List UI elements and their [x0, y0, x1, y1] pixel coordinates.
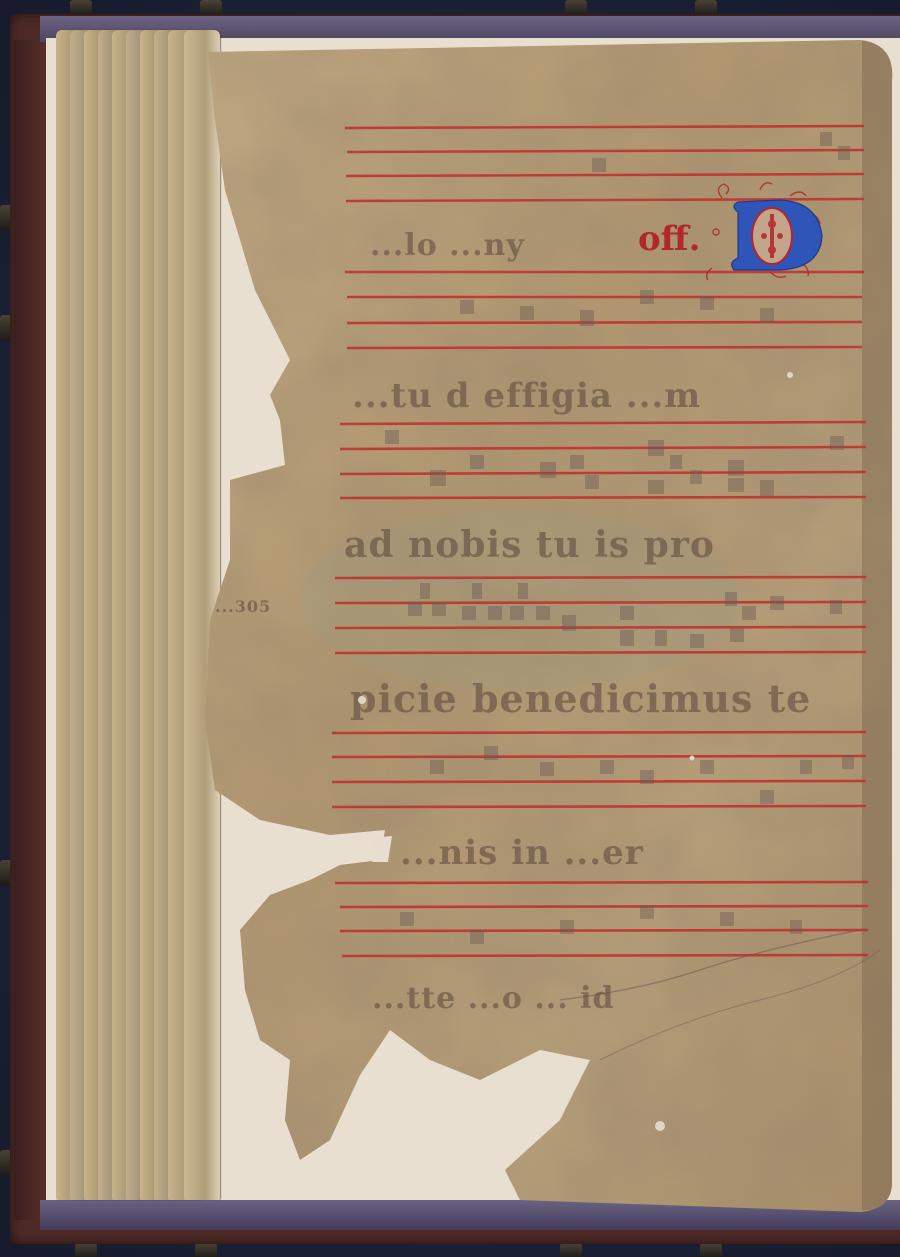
text-line-3: ad nobis tu is pro: [344, 524, 715, 566]
rubric-offertorium: off.: [638, 219, 700, 259]
text-line-6: ...tte ...o ... id: [372, 981, 615, 1016]
manuscript-page: ...lo ...ny ...tu d effigia ...m ad nobi…: [0, 0, 900, 1257]
margin-note: ...305: [215, 597, 271, 616]
text-line-4: picie benedicimus te: [350, 676, 811, 721]
text-line-2: ...tu d effigia ...m: [352, 376, 701, 416]
text-line-5: ...nis in ...er: [400, 833, 644, 873]
text-line-1: ...lo ...ny: [370, 228, 525, 263]
